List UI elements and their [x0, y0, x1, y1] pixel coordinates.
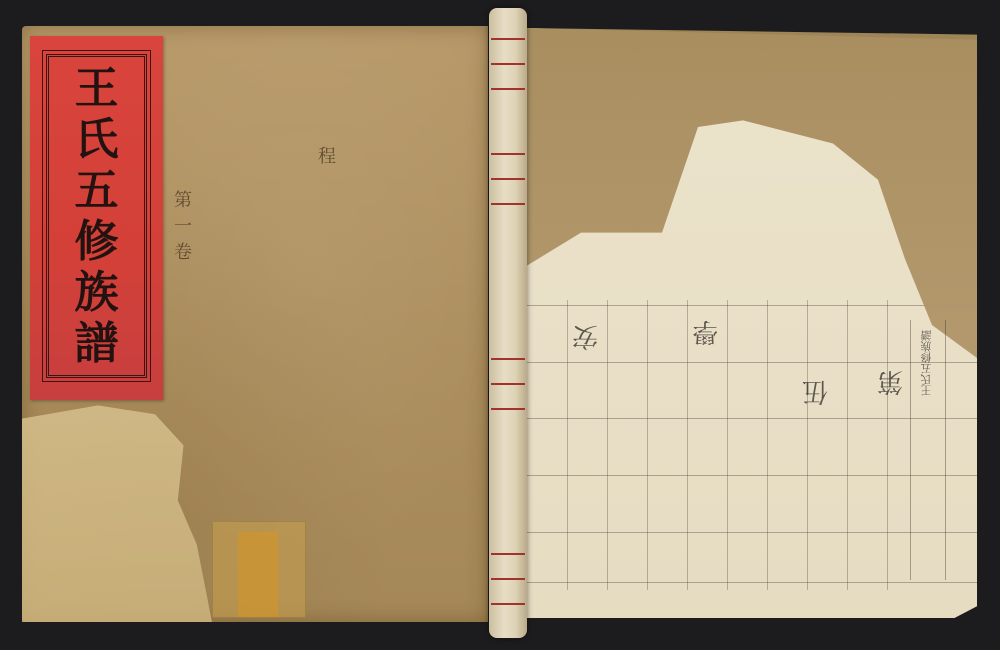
grid-rule [847, 300, 848, 590]
handwritten-volume-note: 第一卷 [168, 190, 194, 268]
title-label-frame: 王 氏 五 修 族 譜 [46, 54, 147, 378]
binding-stitch [491, 63, 525, 65]
grid-rule [887, 300, 888, 590]
binding-stitch [491, 178, 525, 180]
title-char: 修 [75, 220, 119, 264]
title-char: 王 [75, 67, 119, 111]
genealogy-name: 伍 [802, 375, 828, 412]
binding-stitch [491, 603, 525, 605]
grid-rule [727, 300, 728, 590]
binding-stitch [491, 553, 525, 555]
grid-rule [527, 582, 977, 583]
binding-stitch [491, 38, 525, 40]
title-char: 譜 [75, 322, 119, 366]
page-side-band: 王氏五修族譜 [910, 320, 946, 580]
grid-rule [767, 300, 768, 590]
title-label: 王 氏 五 修 族 譜 [30, 36, 163, 400]
title-char: 族 [75, 271, 119, 315]
grid-rule [567, 300, 568, 590]
binding-stitch [491, 578, 525, 580]
book-spine [489, 8, 527, 638]
binding-stitch [491, 358, 525, 360]
repair-tape [212, 521, 306, 618]
handwritten-mark: 程 [312, 146, 338, 172]
grid-rule [807, 300, 808, 590]
worn-cover-patch [22, 401, 212, 622]
genealogy-name: 學 [692, 315, 718, 352]
binding-stitch [491, 153, 525, 155]
title-char: 氏 [75, 118, 119, 162]
binding-stitch [491, 408, 525, 410]
genealogy-name: 安 [572, 320, 598, 357]
binding-stitch [491, 203, 525, 205]
book-photo: 王 氏 五 修 族 譜 第一卷 程 安 學 伍 第 王氏五修族譜 [0, 0, 1000, 650]
grid-rule [607, 300, 608, 590]
side-band-title: 王氏五修族譜 [919, 330, 935, 396]
binding-stitch [491, 383, 525, 385]
genealogy-name: 第 [877, 365, 903, 402]
binding-stitch [491, 88, 525, 90]
grid-rule [687, 300, 688, 590]
grid-rule [647, 300, 648, 590]
grid-rule [527, 305, 977, 306]
title-char: 五 [75, 169, 119, 213]
